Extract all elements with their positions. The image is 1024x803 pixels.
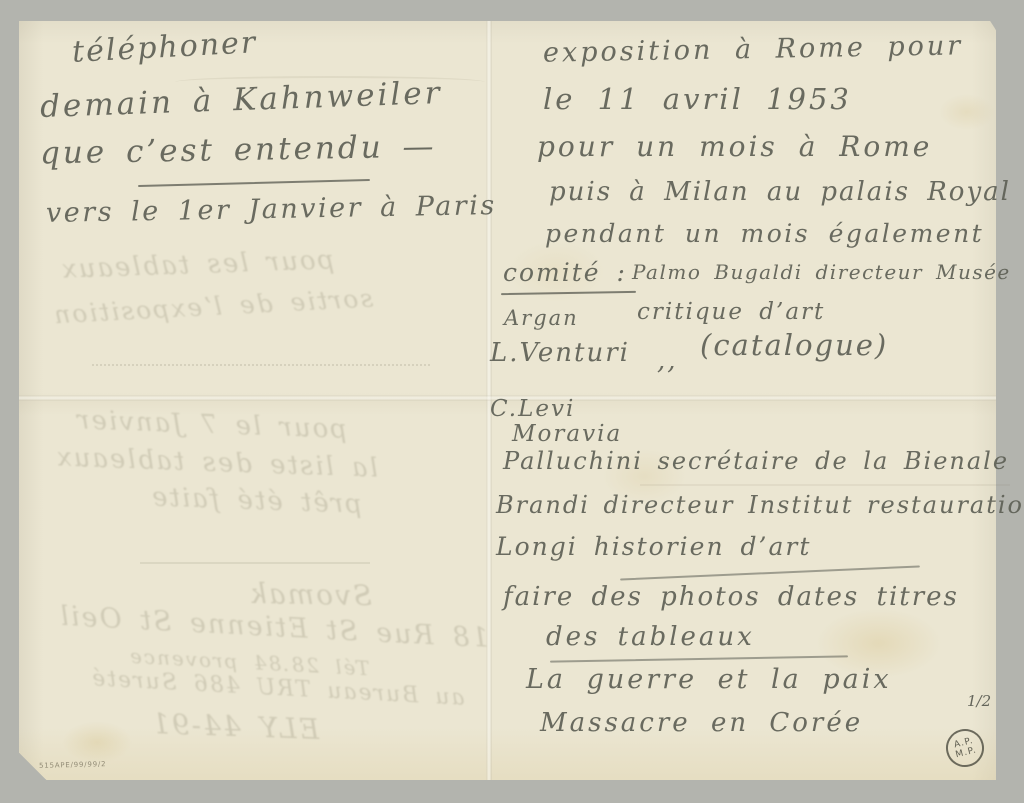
line-faire-photos: faire des photos dates titres bbox=[503, 582, 959, 612]
name-argan: Argan bbox=[504, 306, 579, 330]
line-palluchini: Palluchini secrétaire de la Bienale bbox=[503, 447, 1009, 475]
role-argan: critique d’art bbox=[637, 299, 825, 325]
line-date-avril: le 11 avril 1953 bbox=[543, 82, 852, 116]
line-mois-rome: pour un mois à Rome bbox=[537, 130, 932, 163]
line-milan-palais: puis à Milan au palais Royal bbox=[549, 177, 1011, 207]
ghost-line: ELY 44-91 bbox=[149, 707, 319, 746]
scanned-note-page: { "colors": { "background": "#b3b4ae", "… bbox=[0, 0, 1024, 803]
line-brandi: Brandi directeur Institut restauration bbox=[496, 491, 1024, 519]
label-comite: comité : bbox=[503, 258, 627, 287]
ditto-venturi: ,, bbox=[657, 346, 678, 376]
page-fraction: 1/2 bbox=[967, 692, 991, 710]
name-moravia: Moravia bbox=[512, 421, 622, 447]
value-comite: Palmo Bugaldi directeur Musée bbox=[632, 260, 1011, 284]
role-venturi: (catalogue) bbox=[700, 328, 888, 362]
line-longhi: Longi historien d’art bbox=[496, 532, 811, 561]
ghost-line: Svomak bbox=[248, 577, 373, 612]
line-cest-entendu: que c’est entendu — bbox=[40, 129, 437, 172]
line-mois-egalement: pendant un mois également bbox=[545, 219, 984, 248]
line-des-tableaux: des tableaux bbox=[546, 622, 755, 652]
line-massacre-coree: Massacre en Corée bbox=[540, 708, 863, 738]
name-levi: C.Levi bbox=[490, 396, 575, 422]
line-guerre-paix: La guerre et la paix bbox=[526, 664, 892, 695]
name-venturi: L.Venturi bbox=[490, 338, 630, 368]
